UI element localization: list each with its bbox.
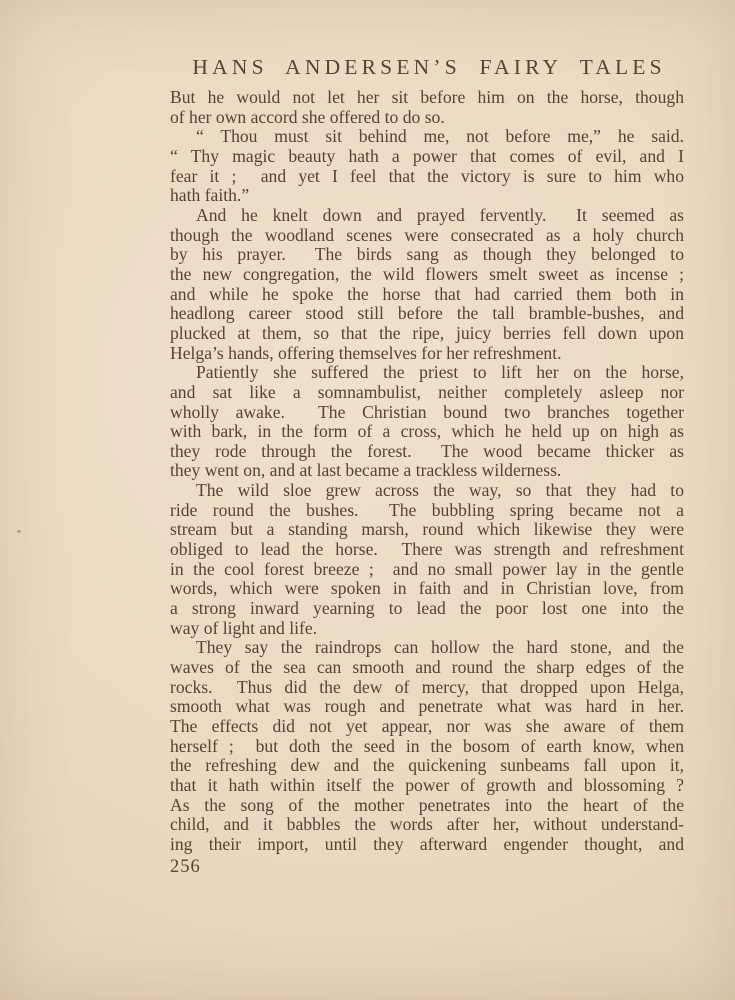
text-line: As the song of the mother penetrates int… (170, 796, 684, 816)
text-line: Patiently she suffered the priest to lif… (170, 363, 684, 383)
book-page-scan: HANS ANDERSEN’S FAIRY TALES But he would… (0, 0, 735, 1000)
text-line: and while he spoke the horse that had ca… (170, 285, 684, 305)
text-line: headlong career stood still before the t… (170, 304, 684, 324)
text-line: of her own accord she offered to do so. (170, 108, 684, 128)
text-line: wholly awake. The Christian bound two br… (170, 403, 684, 423)
text-line: and sat like a somnambulist, neither com… (170, 383, 684, 403)
text-line: fear it ; and yet I feel that the victor… (170, 167, 684, 187)
text-line: obliged to lead the horse. There was str… (170, 540, 684, 560)
text-line: by his prayer. The birds sang as though … (170, 245, 684, 265)
text-line: smooth what was rough and penetrate what… (170, 697, 684, 717)
text-line: that it hath within itself the power of … (170, 776, 684, 796)
text-line: they rode through the forest. The wood b… (170, 442, 684, 462)
text-line: with bark, in the form of a cross, which… (170, 422, 684, 442)
text-line: the new congregation, the wild flowers s… (170, 265, 684, 285)
text-line: herself ; but doth the seed in the bosom… (170, 737, 684, 757)
page-number: 256 (170, 857, 201, 878)
text-line: hath faith.” (170, 186, 684, 206)
text-line: they went on, and at last became a track… (170, 461, 684, 481)
text-line: And he knelt down and prayed fervently. … (170, 206, 684, 226)
text-line: the refreshing dew and the quickening su… (170, 756, 684, 776)
text-line: rocks. Thus did the dew of mercy, that d… (170, 678, 684, 698)
text-line: The wild sloe grew across the way, so th… (170, 481, 684, 501)
text-line: way of light and life. (170, 619, 684, 639)
text-line: a strong inward yearning to lead the poo… (170, 599, 684, 619)
text-line: ride round the bushes. The bubbling spri… (170, 501, 684, 521)
text-line: But he would not let her sit before him … (170, 88, 684, 108)
text-line: ing their import, until they afterward e… (170, 835, 684, 855)
text-line: words, which were spoken in faith and in… (170, 579, 684, 599)
text-line: child, and it babbles the words after he… (170, 815, 684, 835)
text-line: The effects did not yet appear, nor was … (170, 717, 684, 737)
text-line: “ Thy magic beauty hath a power that com… (170, 147, 684, 167)
text-line: They say the raindrops can hollow the ha… (170, 638, 684, 658)
text-line: though the woodland scenes were consecra… (170, 226, 684, 246)
text-line: “ Thou must sit behind me, not before me… (170, 127, 684, 147)
paper-blemish-speck (17, 530, 21, 533)
text-line: Helga’s hands, offering themselves for h… (170, 344, 684, 364)
text-line: stream but a standing marsh, round which… (170, 520, 684, 540)
body-text-block: But he would not let her sit before him … (170, 88, 684, 855)
text-line: plucked at them, so that the ripe, juicy… (170, 324, 684, 344)
text-line: in the cool forest breeze ; and no small… (170, 560, 684, 580)
text-line: waves of the sea can smooth and round th… (170, 658, 684, 678)
running-head-title: HANS ANDERSEN’S FAIRY TALES (168, 55, 686, 80)
